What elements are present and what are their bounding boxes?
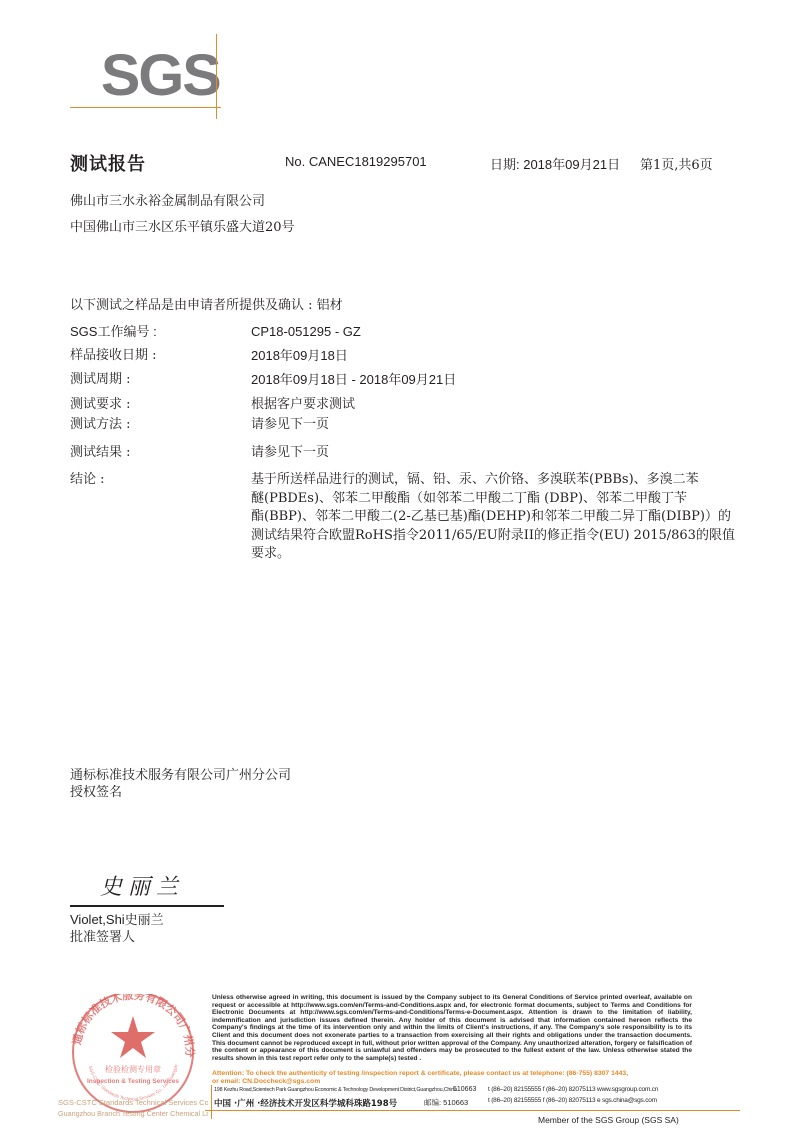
logo-vertical-rule <box>216 34 217 119</box>
address-english: 198 Kezhu Road,Scientech Park Guangzhou … <box>214 1087 457 1093</box>
address-chinese: 中国 ·广州 ·经济技术开发区科学城科珠路198号 <box>214 1097 397 1109</box>
client-address: 中国佛山市三水区乐平镇乐盛大道20号 <box>70 219 295 237</box>
conclusion-label: 结论 : <box>70 471 105 489</box>
authorized-signature-label: 授权签名 <box>70 784 122 802</box>
field-label-job-no: SGS工作编号 : <box>70 323 157 341</box>
report-title: 测试报告 <box>70 150 146 176</box>
inspection-stamp: 通标标准技术服务有限公司广州分公司 检验检测专用章 Inspection & T… <box>58 994 208 1122</box>
authenticity-email[interactable]: or email: CN.Doccheck@sgs.com <box>212 1078 702 1086</box>
conclusion-text: 基于所送样品进行的测试，镉、铅、汞、六价铬、多溴联苯(PBBs)、多溴二苯 醚(… <box>251 471 741 564</box>
client-name: 佛山市三水永裕金属制品有限公司 <box>70 193 265 211</box>
footer-rule <box>205 1110 740 1111</box>
field-label-received-date: 样品接收日期 : <box>70 347 157 365</box>
report-date: 日期: 2018年09月21日 <box>490 154 620 173</box>
field-value-test-result: 请参见下一页 <box>251 444 329 462</box>
conclusion-line: 酯(BBP)、邻苯二甲酸二(2-乙基已基)酯(DEHP)和邻苯二甲酸二异丁酯(D… <box>251 508 741 527</box>
conclusion-line: 基于所送样品进行的测试，镉、铅、汞、六价铬、多溴联苯(PBBs)、多溴二苯 <box>251 471 741 490</box>
member-statement: Member of the SGS Group (SGS SA) <box>538 1115 679 1125</box>
svg-text:SGS-CSTC Standards Technical S: SGS-CSTC Standards Technical Services Co… <box>58 1098 208 1107</box>
authenticity-notice: Attention: To check the authenticity of … <box>212 1070 702 1086</box>
conclusion-line: 测试结果符合欧盟RoHS指令2011/65/EU附录II的修正指令(EU) 20… <box>251 527 741 546</box>
contact-english: t (86–20) 82155555 f (86–20) 82075113 ww… <box>488 1086 658 1093</box>
address-vertical-rule <box>211 1085 212 1119</box>
logo-horizontal-rule <box>70 107 221 108</box>
signatory-title: 批准签署人 <box>70 929 135 947</box>
conclusion-line: 醚(PBDEs)、邻苯二甲酸酯（如邻苯二甲酸二丁酯 (DBP)、邻苯二甲酸丁苄 <box>251 490 741 509</box>
sgs-logo: SGS <box>70 34 220 120</box>
svg-text:Guangzhou Branch Testing Cente: Guangzhou Branch Testing Center Chemical… <box>58 1109 208 1118</box>
field-value-test-method: 请参见下一页 <box>251 416 329 434</box>
field-label-test-result: 测试结果 : <box>70 444 131 462</box>
sgs-logo-text: SGS <box>101 44 220 108</box>
field-label-test-requirement: 测试要求 : <box>70 396 131 414</box>
legal-disclaimer: Unless otherwise agreed in writing, this… <box>212 994 692 1062</box>
svg-text:检验检测专用章: 检验检测专用章 <box>105 1064 161 1074</box>
contact-chinese: t (86–20) 82155555 f (86–20) 82075113 e … <box>488 1097 657 1104</box>
handwritten-signature: 史丽兰 <box>100 870 184 901</box>
authenticity-notice-line: Attention: To check the authenticity of … <box>212 1070 702 1078</box>
signatory-company: 通标标准技术服务有限公司广州分公司 <box>70 767 291 785</box>
field-value-job-no: CP18-051295 - GZ <box>251 323 361 341</box>
postal-code-chinese: 邮编: 510663 <box>424 1097 468 1108</box>
page-indicator: 第1页,共6页 <box>640 154 713 173</box>
postal-code-english: 510663 <box>453 1086 476 1093</box>
stamp-seal-icon: 通标标准技术服务有限公司广州分公司 检验检测专用章 Inspection & T… <box>58 994 208 1122</box>
field-value-received-date: 2018年09月18日 <box>251 347 348 365</box>
signature-line <box>70 905 224 907</box>
field-value-test-requirement: 根据客户要求测试 <box>251 396 355 414</box>
signatory-name: Violet,Shi史丽兰 <box>70 911 164 929</box>
field-label-test-period: 测试周期 : <box>70 371 131 389</box>
field-value-test-period: 2018年09月18日 - 2018年09月21日 <box>251 371 456 389</box>
sample-intro: 以下测试之样品是由申请者所提供及确认 : 铝材 <box>70 297 343 315</box>
field-label-test-method: 测试方法 : <box>70 416 131 434</box>
report-number: No. CANEC1819295701 <box>285 154 427 169</box>
conclusion-line: 要求。 <box>251 545 741 564</box>
